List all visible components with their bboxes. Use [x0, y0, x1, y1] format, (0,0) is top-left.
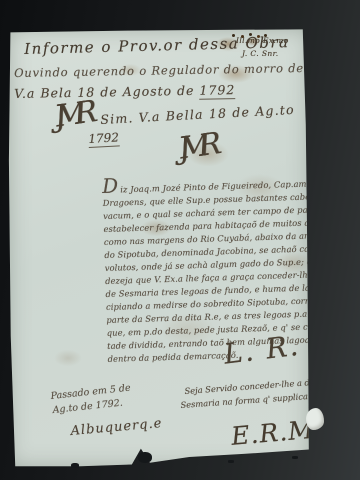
monogram-rubric-left: JMR — [52, 95, 89, 134]
bottom-edge-tears — [138, 452, 152, 463]
manuscript-paper: Ill.mo Ex.mo J. C. Snr. Informe o Prov.o… — [8, 28, 310, 468]
photo-backdrop: { "colors": { "backdrop": "#17191b", "pa… — [0, 0, 360, 480]
signature-flourish: Albuquerq.e — [70, 416, 163, 439]
registro-year-text: 1792 — [88, 130, 119, 148]
despacho-place-date-text: V.a Bela 18 de Agosto de — [14, 83, 200, 101]
despacho-line-2: Ouvindo querendo o Regulador do morro de… — [14, 60, 360, 80]
despacho-place-date: V.a Bela 18 de Agosto de 1792 — [14, 82, 235, 101]
registro-line: Sim. V.a Bella 18 de Ag.to — [100, 102, 295, 127]
despacho-year: 1792 — [199, 82, 235, 100]
monogram-rubric-center: JMR — [176, 127, 213, 166]
torn-paper-chip — [306, 408, 324, 430]
registro-year: 1792 — [88, 130, 119, 146]
